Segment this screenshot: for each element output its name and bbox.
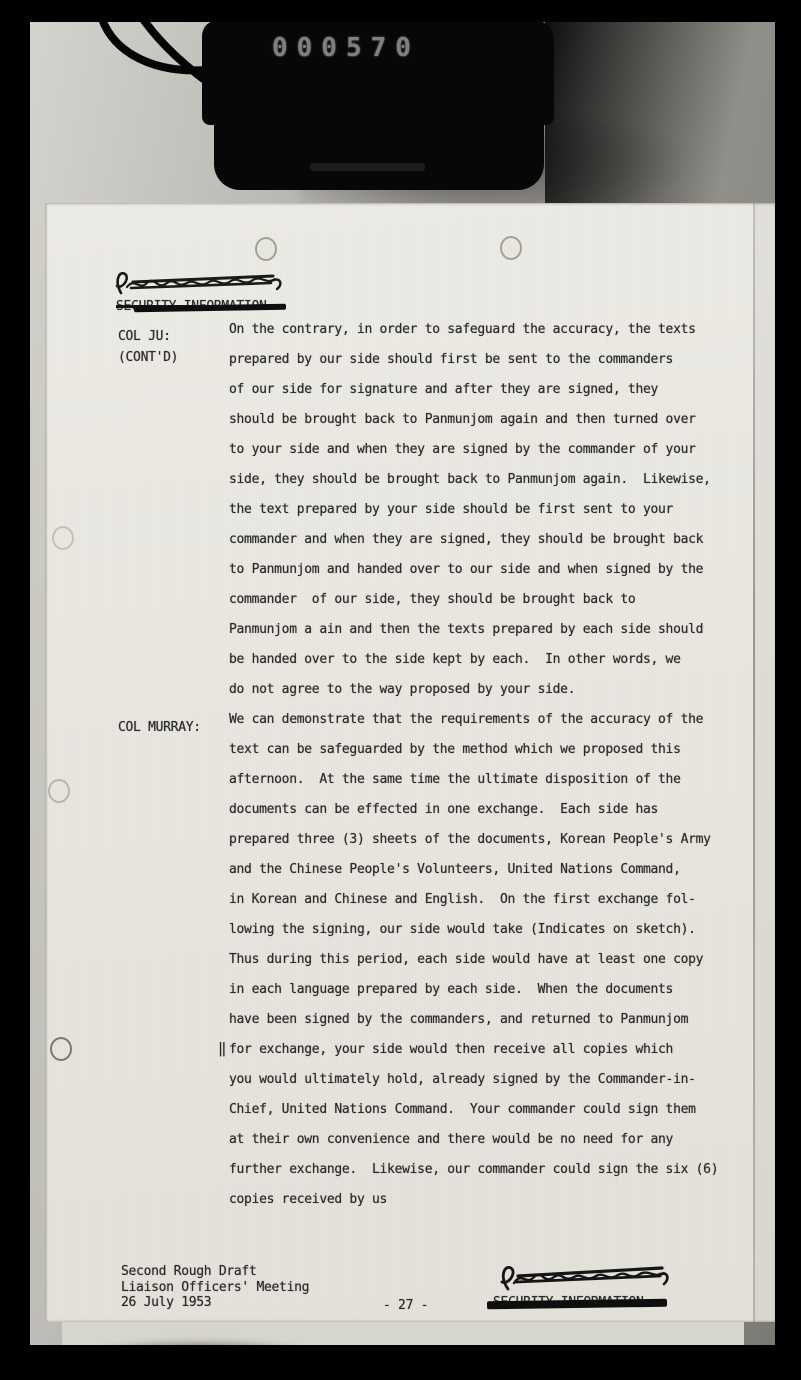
transcript-line: lowing the signing, our side would take …: [229, 915, 718, 945]
page-right-shade: [755, 203, 776, 1322]
handwritten-confidential-strikeout-footer: [494, 1259, 676, 1297]
speaker-label-col-murray: COL MURRAY:: [118, 720, 201, 735]
footer-draft-label: Second Rough Draft: [121, 1264, 309, 1280]
transcript-line: you would ultimately hold, already signe…: [229, 1065, 718, 1095]
punch-hole: [52, 526, 74, 550]
photo-frame-right: [775, 0, 801, 1380]
punch-hole: [50, 1037, 72, 1061]
transcript-line: afternoon. At the same time the ultimate…: [229, 765, 718, 795]
transcript-line: prepared by our side should first be sen…: [229, 345, 711, 375]
counter-device-base: [214, 90, 544, 190]
photo-frame-top: [0, 0, 801, 22]
footer-date: 26 July 1953: [121, 1295, 309, 1311]
transcript-line: Thus during this period, each side would…: [229, 945, 718, 975]
transcript-line: should be brought back to Panmunjom agai…: [229, 405, 711, 435]
counter-digits: 000570: [272, 33, 420, 63]
footer-left-block: Second Rough Draft Liaison Officers' Mee…: [121, 1264, 309, 1311]
transcript-line: to your side and when they are signed by…: [229, 435, 711, 465]
scanned-document-photo: SECURITY INFORMATION COL JU: (CONT'D) On…: [0, 0, 801, 1380]
transcript-line: Chief, United Nations Command. Your comm…: [229, 1095, 718, 1125]
speaker-label-col-ju-contd: (CONT'D): [118, 350, 178, 365]
transcript-line: prepared three (3) sheets of the documen…: [229, 825, 718, 855]
transcript-line: copies received by us: [229, 1185, 718, 1215]
margin-mark: ‖: [218, 1041, 226, 1057]
transcript-line: commander of our side, they should be br…: [229, 585, 711, 615]
photo-frame-bottom: [0, 1345, 801, 1380]
punch-hole: [500, 236, 522, 260]
transcript-line: for exchange, your side would then recei…: [229, 1035, 718, 1065]
transcript-line: of our side for signature and after they…: [229, 375, 711, 405]
transcript-line: side, they should be brought back to Pan…: [229, 465, 711, 495]
transcript-line: On the contrary, in order to safeguard t…: [229, 315, 711, 345]
photo-frame-left: [0, 0, 30, 1380]
punch-hole: [48, 779, 70, 803]
speaker-label-col-ju: COL JU:: [118, 329, 171, 344]
handwritten-confidential-strikeout: [111, 267, 289, 301]
transcript-line: further exchange. Likewise, our commande…: [229, 1155, 718, 1185]
col-ju-paragraph: On the contrary, in order to safeguard t…: [229, 315, 711, 705]
transcript-line: do not agree to the way proposed by your…: [229, 675, 711, 705]
transcript-line: commander and when they are signed, they…: [229, 525, 711, 555]
transcript-line: in Korean and Chinese and English. On th…: [229, 885, 718, 915]
transcript-line: and the Chinese People's Volunteers, Uni…: [229, 855, 718, 885]
transcript-line: be handed over to the side kept by each.…: [229, 645, 711, 675]
punch-hole: [255, 237, 277, 261]
footer-meeting-label: Liaison Officers' Meeting: [121, 1280, 309, 1296]
transcript-line: We can demonstrate that the requirements…: [229, 705, 718, 735]
transcript-line: text can be safeguarded by the method wh…: [229, 735, 718, 765]
transcript-line: Panmunjom a ain and then the texts prepa…: [229, 615, 711, 645]
col-murray-paragraph: We can demonstrate that the requirements…: [229, 705, 718, 1215]
counter-device-slot: [310, 163, 425, 171]
transcript-line: the text prepared by your side should be…: [229, 495, 711, 525]
page-number: - 27 -: [383, 1298, 428, 1313]
transcript-line: documents can be effected in one exchang…: [229, 795, 718, 825]
transcript-line: at their own convenience and there would…: [229, 1125, 718, 1155]
transcript-line: to Panmunjom and handed over to our side…: [229, 555, 711, 585]
document-page: SECURITY INFORMATION COL JU: (CONT'D) On…: [45, 203, 776, 1322]
transcript-line: have been signed by the commanders, and …: [229, 1005, 718, 1035]
transcript-line: in each language prepared by each side. …: [229, 975, 718, 1005]
